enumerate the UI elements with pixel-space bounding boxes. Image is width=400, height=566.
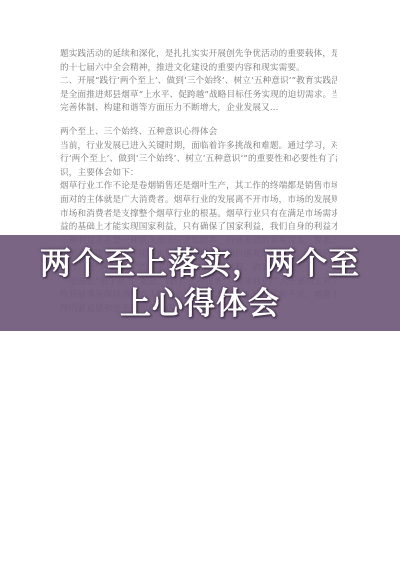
body-line: 益的基础上才能实现国家利益，只有确保了国家利益，我们自身的利益才能得到保障。这 bbox=[60, 221, 337, 235]
overlay-title-line-2: 上心得体会 bbox=[0, 284, 400, 324]
overlay-title-line-1: 两个至上落实，两个至 bbox=[0, 244, 400, 284]
paragraph-gap bbox=[60, 116, 337, 126]
overlay-title: 两个至上落实，两个至 上心得体会 bbox=[0, 244, 400, 324]
body-line: 题实践活动的延续和深化，是扎扎实实开展创先争优活动的重要载体，是深入贯彻落实党 bbox=[60, 48, 337, 62]
body-line: 是全面推进郏县烟草“上水平、促跨越”战略目标任务实现的迫切需求。当前，烟草控制、 bbox=[60, 89, 337, 103]
body-line: 面对的主体就是广大消费者。烟草行业的发展离不开市场，市场的发展则离不开消费者。 bbox=[60, 194, 337, 208]
body-line: 识，主要体会如下： bbox=[60, 167, 337, 181]
body-line: 当前，行业发展已进入关键时期，面临着许多挑战和难题。通过学习，对国家局提出“践 bbox=[60, 140, 337, 154]
body-line: 的十七届六中全会精神，推进文化建设的重要内容和现实需要。 bbox=[60, 62, 337, 76]
body-line: 市场和消费者是支撑整个烟草行业的根基。烟草行业只有在满足市场需求、保护消费者利 bbox=[60, 208, 337, 222]
body-line: 二、开展“践行‘两个至上’、做到‘三个始终’、树立‘五种意识’”教育实践活动， bbox=[60, 75, 337, 89]
section-heading: 两个至上、三个始终、五种意识心得体会 bbox=[60, 126, 337, 140]
body-line: 烟草行业工作不论是卷烟销售还是烟叶生产，其工作的终端都是销售市场，而销售市场 bbox=[60, 180, 337, 194]
body-line: 行‘两个至上’、做到‘三个始终’、树立‘五种意识’”的重要性和必要性有了深刻认 bbox=[60, 153, 337, 167]
body-line: 完善体制、构建和谐等方面压力不断增大，企业发展又... bbox=[60, 102, 337, 116]
document-page: 题实践活动的延续和深化，是扎扎实实开展创先争优活动的重要载体，是深入贯彻落实党 … bbox=[0, 0, 400, 566]
